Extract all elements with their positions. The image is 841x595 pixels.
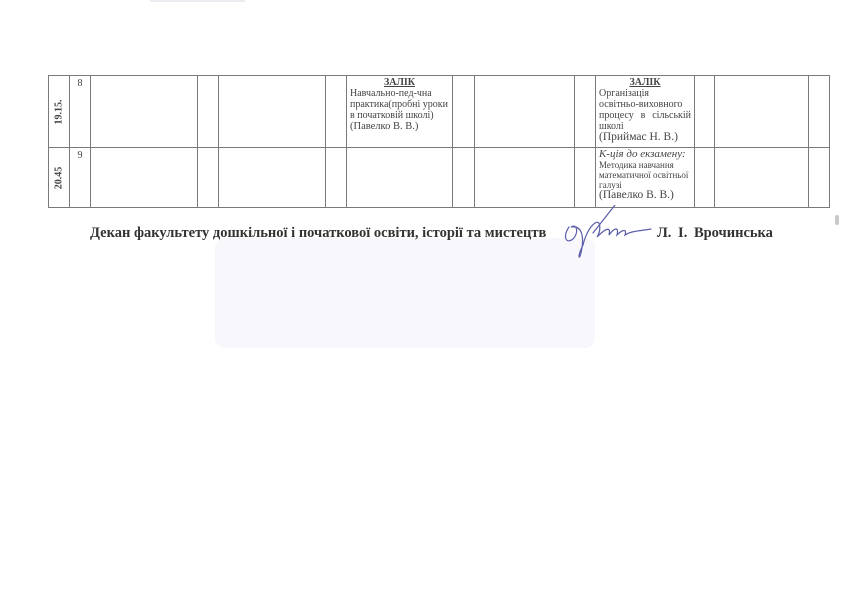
empty-cell bbox=[575, 148, 596, 208]
empty-cell bbox=[475, 148, 575, 208]
empty-cell bbox=[219, 76, 326, 148]
time-cell: 20.45 bbox=[49, 148, 70, 208]
empty-cell bbox=[326, 76, 347, 148]
teacher-name: (Павелко В. В.) bbox=[599, 190, 691, 201]
stamp-bleed-through bbox=[215, 238, 595, 348]
empty-cell bbox=[198, 76, 219, 148]
scan-artifact bbox=[150, 0, 245, 2]
empty-cell bbox=[575, 76, 596, 148]
table-row: 20.45 9 К-ція до екзамену: Методика навч… bbox=[49, 148, 830, 208]
time-label: 19.15. bbox=[54, 99, 65, 124]
empty-cell bbox=[453, 76, 475, 148]
consultation-heading: К-ція до екзамену: bbox=[599, 149, 691, 160]
schedule-table: 19.15. 8 ЗАЛІК Навчально-пед-чна практик… bbox=[48, 75, 830, 208]
subject-cell: ЗАЛІК Організація освітньо-виховного про… bbox=[596, 76, 695, 148]
subject-name: Методика навчання математичної освітньої… bbox=[599, 160, 691, 190]
empty-cell bbox=[453, 148, 475, 208]
time-cell: 19.15. bbox=[49, 76, 70, 148]
empty-cell bbox=[715, 76, 809, 148]
empty-cell bbox=[809, 76, 830, 148]
exam-heading: ЗАЛІК bbox=[599, 77, 691, 88]
empty-cell bbox=[347, 148, 453, 208]
subject-name: Організація освітньо-виховного процесу в… bbox=[599, 88, 691, 132]
signature-icon bbox=[555, 205, 655, 265]
teacher-name: (Приймас Н. В.) bbox=[599, 132, 691, 143]
empty-cell bbox=[715, 148, 809, 208]
lesson-number: 9 bbox=[70, 148, 91, 208]
empty-cell bbox=[198, 148, 219, 208]
scan-artifact bbox=[835, 215, 839, 225]
empty-cell bbox=[91, 148, 198, 208]
subject-cell: ЗАЛІК Навчально-пед-чна практика(пробні … bbox=[347, 76, 453, 148]
empty-cell bbox=[219, 148, 326, 208]
table-row: 19.15. 8 ЗАЛІК Навчально-пед-чна практик… bbox=[49, 76, 830, 148]
empty-cell bbox=[695, 76, 715, 148]
empty-cell bbox=[91, 76, 198, 148]
teacher-name: (Павелко В. В.) bbox=[350, 121, 449, 132]
empty-cell bbox=[695, 148, 715, 208]
dean-position: Декан факультету дошкільної і початкової… bbox=[90, 225, 546, 242]
empty-cell bbox=[475, 76, 575, 148]
lesson-number: 8 bbox=[70, 76, 91, 148]
signer-name: Л. І. Врочинська bbox=[657, 225, 773, 242]
empty-cell bbox=[809, 148, 830, 208]
subject-cell: К-ція до екзамену: Методика навчання мат… bbox=[596, 148, 695, 208]
exam-heading: ЗАЛІК bbox=[350, 77, 449, 88]
empty-cell bbox=[326, 148, 347, 208]
time-label: 20.45 bbox=[54, 166, 65, 189]
subject-name: Навчально-пед-чна практика(пробні уроки … bbox=[350, 88, 449, 121]
